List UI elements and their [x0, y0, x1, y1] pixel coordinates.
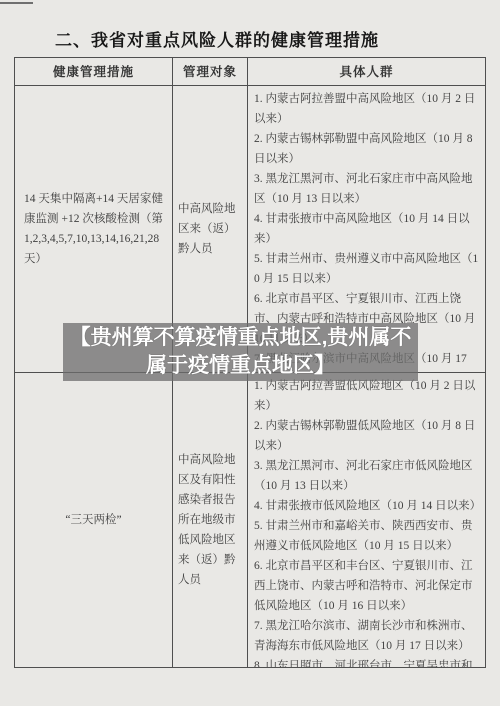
group-item: 5. 甘肃兰州市、贵州遵义市中高风险地区（10 月 15 日以来）: [254, 249, 480, 289]
row1-target-text: 中高风险地区来（返）黔人员: [178, 199, 242, 259]
row2-target-text: 中高风险地区及有阳性感染者报告所在地级市低风险地区来（返）黔人员: [178, 450, 242, 590]
header-measure: 健康管理措施: [15, 58, 173, 86]
group-item: 3. 黑龙江黑河市、河北石家庄市低风险地区（10 月 13 日以来）: [254, 456, 480, 496]
header-target: 管理对象: [173, 58, 248, 86]
watermark-text-line1: 【贵州算不算疫情重点地区,贵州属不: [70, 324, 412, 352]
row2-groups-cell: 1. 内蒙古阿拉善盟低风险地区（10 月 2 日以来） 2. 内蒙古锡林郭勒盟低…: [248, 373, 485, 667]
scan-artifact-line: [0, 2, 33, 4]
row1-measure-text: 14 天集中隔离+14 天居家健康监测 +12 次核酸检测（第 1,2,3,4,…: [24, 189, 163, 269]
watermark-text-line2: 属于疫情重点地区】: [146, 352, 335, 380]
group-item: 2. 内蒙古锡林郭勒盟中高风险地区（10 月 8 日以来）: [254, 129, 480, 169]
watermark-overlay: 【贵州算不算疫情重点地区,贵州属不 属于疫情重点地区】: [63, 323, 418, 381]
row2-target-cell: 中高风险地区及有阳性感染者报告所在地级市低风险地区来（返）黔人员: [173, 373, 248, 667]
group-item: 3. 黑龙江黑河市、河北石家庄市中高风险地区（10 月 13 日以来）: [254, 169, 480, 209]
group-item: 4. 甘肃张掖市低风险地区（10 月 14 日以来）: [254, 496, 480, 516]
group-item: 4. 甘肃张掖市中高风险地区（10 月 14 日以来）: [254, 209, 480, 249]
group-item: 2. 内蒙古锡林郭勒盟低风险地区（10 月 8 日以来）: [254, 416, 480, 456]
page-title: 二、我省对重点风险人群的健康管理措施: [55, 26, 379, 51]
group-item: 7. 黑龙江哈尔滨市、湖南长沙市和株洲市、青海海东市低风险地区（10 月 17 …: [254, 616, 480, 656]
group-item: 1. 内蒙古阿拉善盟低风险地区（10 月 2 日以来）: [254, 376, 480, 416]
header-groups: 具体人群: [248, 58, 485, 86]
group-item: 6. 北京市昌平区和丰台区、宁夏银川市、江西上饶市、内蒙古呼和浩特市、河北保定市…: [254, 556, 480, 616]
group-item: 5. 甘肃兰州市和嘉峪关市、陕西西安市、贵州遵义市低风险地区（10 月 15 日…: [254, 516, 480, 556]
row2-measure-text: “三天两检”: [24, 510, 163, 530]
group-item: 1. 内蒙古阿拉善盟中高风险地区（10 月 2 日以来）: [254, 89, 480, 129]
row2-measure-cell: “三天两检”: [15, 373, 173, 667]
group-item: 8. 山东日照市、河北邢台市、宁夏吴忠市和中卫市低风险地区（10 月 18 日以…: [254, 656, 480, 667]
